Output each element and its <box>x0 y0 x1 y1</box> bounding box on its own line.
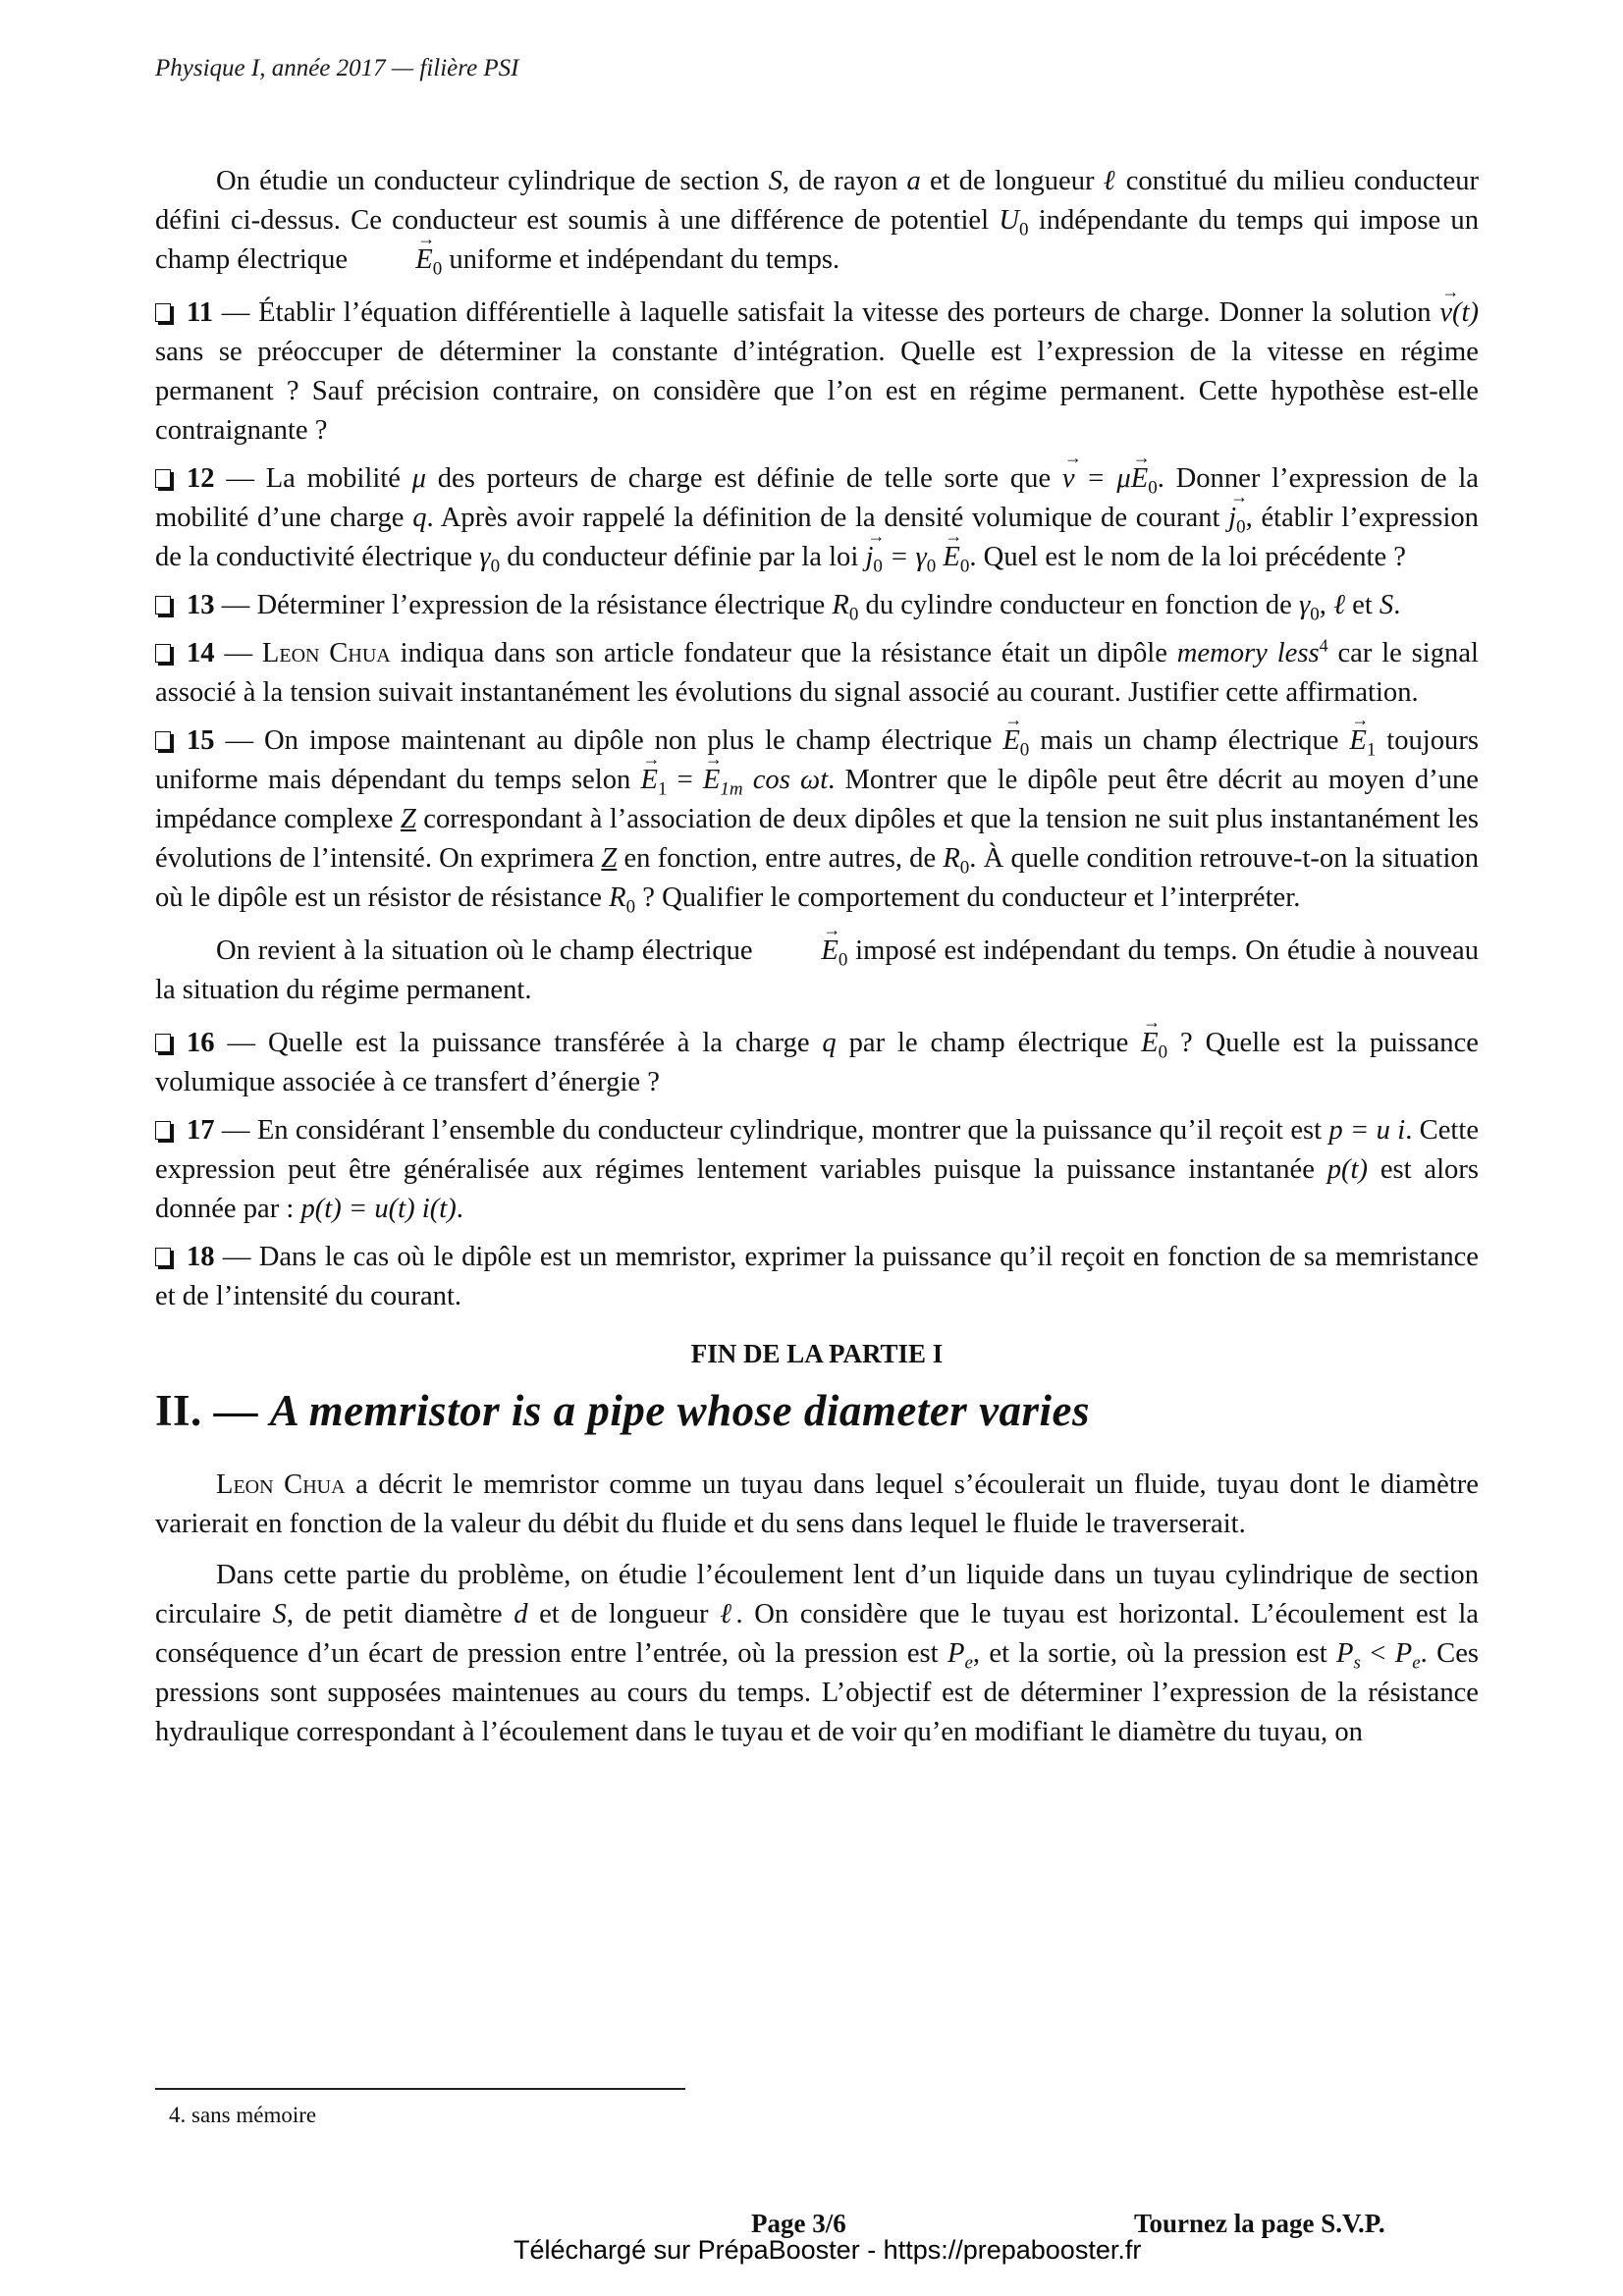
intro-paragraph: On étudie un conducteur cylindrique de s… <box>155 162 1479 280</box>
main-content: On étudie un conducteur cylindrique de s… <box>155 162 1479 1764</box>
end-of-part-label: FIN DE LA PARTIE I <box>155 1334 1479 1373</box>
part2-paragraph-2: Dans cette partie du problème, on étudie… <box>155 1556 1479 1752</box>
checkbox-icon <box>155 1034 171 1052</box>
question-number: 11 <box>187 297 213 328</box>
running-head: Physique I, année 2017 — filière PSI <box>155 55 519 82</box>
question-number: 17 <box>187 1115 215 1146</box>
question-18: 18 — Dans le cas où le dipôle est un mem… <box>155 1238 1479 1316</box>
footnote-divider <box>155 2088 685 2090</box>
question-number: 12 <box>187 463 215 494</box>
question-16: 16 — Quelle est la puissance transférée … <box>155 1024 1479 1102</box>
document-page: Physique I, année 2017 — filière PSI On … <box>0 0 1623 2296</box>
part2-paragraph-1: Leon Chua a décrit le memristor comme un… <box>155 1466 1479 1544</box>
part-title: A memristor is a pipe whose diameter var… <box>270 1386 1090 1435</box>
checkbox-icon <box>155 731 171 750</box>
question-12: 12 — La mobilité μ des porteurs de charg… <box>155 459 1479 577</box>
checkbox-icon <box>155 303 171 322</box>
question-number: 14 <box>187 638 215 668</box>
checkbox-icon <box>155 644 171 663</box>
question-14: 14 — Leon Chua indiqua dans son article … <box>155 634 1479 713</box>
footnote-marker[interactable]: 4 <box>1320 635 1328 655</box>
question-number: 13 <box>187 590 215 620</box>
download-watermark: Téléchargé sur PrépaBooster - https://pr… <box>514 2235 1141 2266</box>
checkbox-icon <box>155 469 171 488</box>
vector-e0: E <box>354 240 432 280</box>
question-15: 15 — On impose maintenant au dipôle non … <box>155 721 1479 918</box>
interlude-paragraph: On revient à la situation où le champ él… <box>155 932 1479 1010</box>
author-name: Leon Chua <box>262 638 391 668</box>
checkbox-icon <box>155 1121 171 1140</box>
checkbox-icon <box>155 596 171 614</box>
footnote: 4. sans mémoire <box>169 2103 316 2128</box>
question-11: 11 — Établir l’équation différentielle à… <box>155 294 1479 451</box>
question-17: 17 — En considérant l’ensemble du conduc… <box>155 1111 1479 1229</box>
part-heading: II. — A memristor is a pipe whose diamet… <box>155 1383 1479 1438</box>
turn-page-note: Tournez la page S.V.P. <box>1134 2209 1385 2239</box>
question-number: 16 <box>187 1028 215 1058</box>
checkbox-icon <box>155 1248 171 1266</box>
author-name: Leon Chua <box>216 1469 346 1500</box>
question-13: 13 — Déterminer l’expression de la résis… <box>155 586 1479 625</box>
question-number: 15 <box>187 725 215 756</box>
question-number: 18 <box>187 1242 215 1272</box>
